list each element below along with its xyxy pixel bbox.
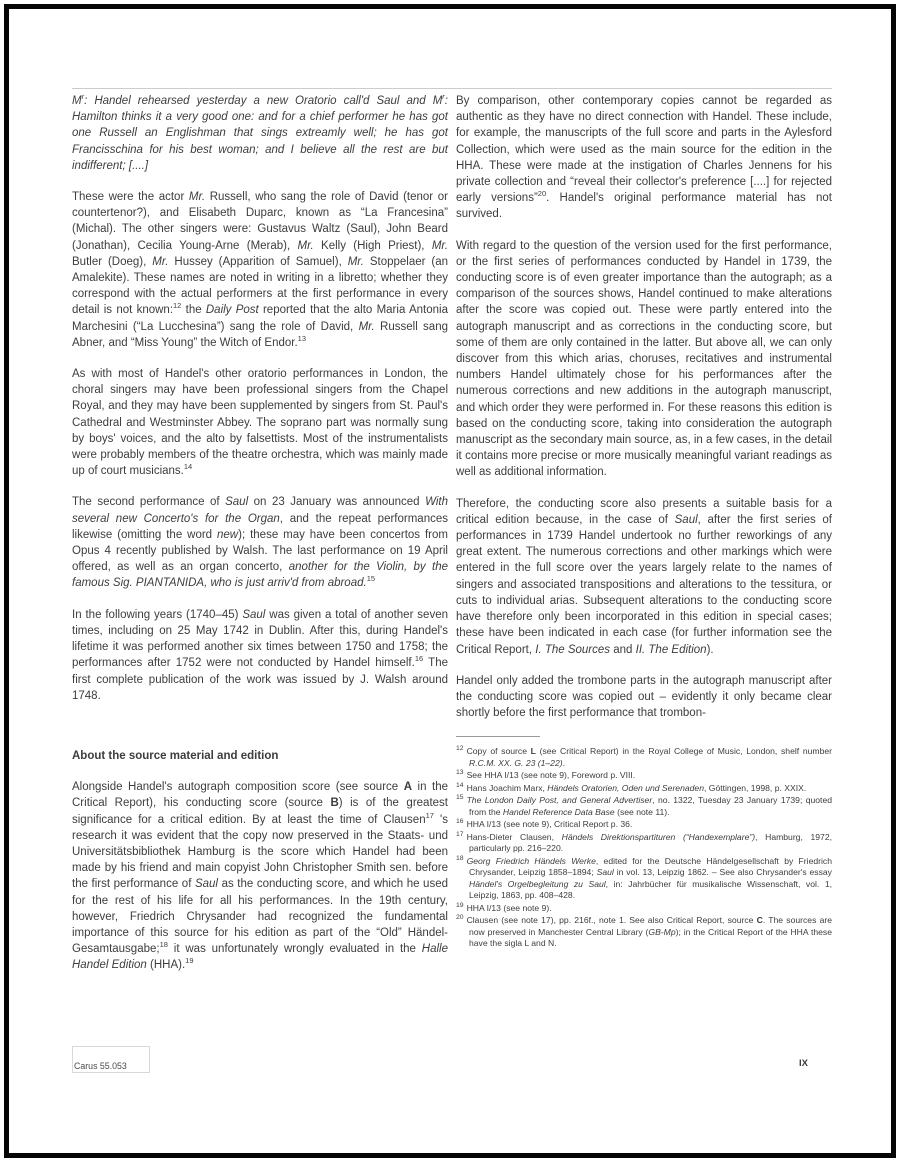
paragraph: By comparison, other contemporary copies… [456, 93, 832, 223]
text-segment: HHA I/13 (see note 9). [467, 903, 552, 913]
text-segment: Handel Reference Data Base [503, 807, 615, 817]
text-segment: Mr. [359, 321, 375, 333]
text-segment: R.C.M. XX. G. 23 (1–22) [469, 758, 563, 768]
footnote-reference: 20 [538, 189, 546, 198]
footnote-reference: 15 [367, 575, 375, 584]
text-segment: With regard to the question of the versi… [456, 240, 832, 479]
text-segment: and [610, 644, 636, 656]
text-segment: In the following years (1740–45) [72, 609, 242, 621]
footnote-19: 19HHA I/13 (see note 9). [456, 903, 832, 915]
text-segment: Mr. [298, 240, 314, 252]
text-segment: ). [707, 644, 714, 656]
paragraph: Alongside Handel's autograph composition… [72, 779, 448, 973]
paragraph: The second performance of Saul on 23 Jan… [72, 494, 448, 591]
text-segment: on 23 January was announced [248, 496, 425, 508]
text-segment: Saul [675, 514, 698, 526]
text-segment: Hussey (Apparition of Samuel), [168, 256, 347, 268]
text-segment: in vol. 13, Leipzig 1862. – See also Chr… [614, 867, 832, 877]
text-segment: Copy of source [467, 746, 531, 756]
paragraph: As with most of Handel's other oratorio … [72, 366, 448, 479]
footnote-13: 13See HHA I/13 (see note 9), Foreword p.… [456, 770, 832, 782]
text-segment: Handel only added the trombone parts in … [456, 675, 832, 719]
imprint-label: Carus 55.053 [74, 1061, 127, 1071]
text-segment: GB-Mp [648, 927, 675, 937]
text-segment: (see note 11). [615, 807, 670, 817]
footnote-reference: 14 [184, 462, 192, 471]
text-segment: Mr. [348, 256, 364, 268]
text-segment: M [72, 95, 82, 107]
text-segment: I. The Sources [535, 644, 610, 656]
top-rule [72, 88, 832, 89]
text-segment: About the source material and edition [72, 750, 278, 762]
text-segment: Saul [242, 609, 265, 621]
page-number: IX [760, 1058, 808, 1069]
text-segment: Mr. [432, 240, 448, 252]
text-segment: Saul [225, 496, 248, 508]
text-segment: new [217, 529, 238, 541]
footnote-reference: 16 [415, 654, 423, 663]
footnote-number: 20 [456, 914, 464, 921]
footnote-20: 20Clausen (see note 17), pp. 216f., note… [456, 915, 832, 950]
footnote-separator [456, 736, 540, 737]
footnote-number: 14 [456, 782, 464, 789]
text-segment: By comparison, other contemporary copies… [456, 95, 832, 204]
text-segment: Georg Friedrich Händels Werke [467, 856, 596, 866]
text-segment: it was unfortunately wrongly evaluated i… [168, 943, 422, 955]
text-segment: Händels Direktionspartituren (“Handexemp… [562, 832, 755, 842]
text-segment: Alongside Handel's autograph composition… [72, 781, 404, 793]
footnote-reference: 13 [298, 334, 306, 343]
footnote-number: 13 [456, 769, 464, 776]
text-segment: (HHA). [147, 959, 185, 971]
text-segment: Hans-Dieter Clausen, [467, 832, 562, 842]
section-heading: About the source material and edition [72, 748, 448, 764]
text-segment: Mr. [189, 191, 205, 203]
text-segment: Händels Oratorien, Oden und Serenaden [547, 783, 704, 793]
text-segment: Händel's Orgelbegleitung zu Saul [469, 879, 606, 889]
paragraph: Handel only added the trombone parts in … [456, 673, 832, 722]
paragraph: Therefore, the conducting score also pre… [456, 496, 832, 658]
footnote-number: 12 [456, 745, 464, 752]
imprint-box: Carus 55.053 [72, 1046, 150, 1073]
text-segment: : Handel rehearsed yesterday a new Orato… [84, 95, 442, 107]
right-column: By comparison, other contemporary copies… [456, 93, 832, 951]
footnote-number: 16 [456, 818, 464, 825]
text-segment: See HHA I/13 (see note 9), Foreword p. V… [467, 770, 636, 780]
text-segment: , after the first series of performances… [456, 514, 832, 656]
text-segment: HHA I/13 (see note 9), Critical Report p… [467, 819, 633, 829]
footnote-18: 18Georg Friedrich Händels Werke, edited … [456, 856, 832, 902]
text-segment: B [330, 797, 338, 809]
text-segment: These were the actor [72, 191, 189, 203]
text-segment: , Göttingen, 1998, p. XXIX. [704, 783, 806, 793]
footnote-17: 17Hans-Dieter Clausen, Händels Direktion… [456, 832, 832, 855]
left-column: Mr: Handel rehearsed yesterday a new Ora… [72, 93, 448, 989]
text-segment: Kelly (High Priest), [314, 240, 432, 252]
text-segment: (see Critical Report) in the Royal Colle… [536, 746, 832, 756]
footnote-12: 12Copy of source L (see Critical Report)… [456, 746, 832, 769]
text-segment: the [181, 304, 206, 316]
paragraph: These were the actor Mr. Russell, who sa… [72, 189, 448, 351]
text-segment: A [404, 781, 412, 793]
text-segment: Hans Joachim Marx, [467, 783, 548, 793]
text-segment: . [563, 758, 565, 768]
text-segment: Saul [597, 867, 614, 877]
text-segment: Clausen (see note 17), pp. 216f., note 1… [467, 915, 757, 925]
footnote-16: 16HHA I/13 (see note 9), Critical Report… [456, 819, 832, 831]
text-segment: The second performance of [72, 496, 225, 508]
text-segment: II. The Edition [636, 644, 707, 656]
text-segment: Saul [195, 878, 218, 890]
footnote-reference: 19 [185, 957, 193, 966]
text-segment: Mr. [152, 256, 168, 268]
footnote-number: 15 [456, 794, 464, 801]
text-segment: Daily Post [206, 304, 259, 316]
footnote-reference: 18 [160, 940, 168, 949]
paragraph: With regard to the question of the versi… [456, 238, 832, 481]
text-segment: As with most of Handel's other oratorio … [72, 368, 448, 477]
footnote-14: 14Hans Joachim Marx, Händels Oratorien, … [456, 783, 832, 795]
text-segment: The London Daily Post, and General Adver… [467, 795, 653, 805]
footnote-15: 15The London Daily Post, and General Adv… [456, 795, 832, 818]
footnote-reference: 17 [426, 811, 434, 820]
footnote-number: 18 [456, 855, 464, 862]
footnote-number: 17 [456, 831, 464, 838]
footnote-number: 19 [456, 902, 464, 909]
paragraph: In the following years (1740–45) Saul wa… [72, 607, 448, 704]
paragraph: Mr: Handel rehearsed yesterday a new Ora… [72, 93, 448, 174]
text-segment: Butler (Doeg), [72, 256, 152, 268]
